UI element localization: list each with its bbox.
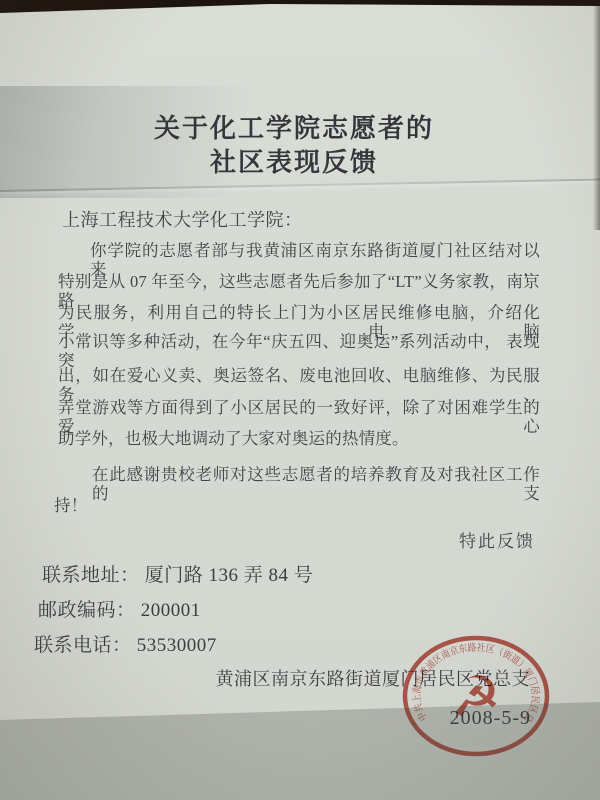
salutation-line: 上海工程技术大学化工学院： [62,210,303,231]
official-stamp: 中共上海市黄浦区南京东路社区（街道）厦门居民区总支部委员会 ☭ [398,633,554,759]
letter-title-line1: 关于化工学院志愿者的 [0,114,594,144]
contact-postcode-line: 邮政编码： 200001 [38,600,201,622]
body-line: 助学外，也极大地调动了大家对奥运的热情度。 [58,430,409,449]
contact-address-line: 联系地址： 厦门路 136 弄 84 号 [42,565,313,587]
hammer-sickle-icon: ☭ [451,665,501,730]
letter-photo: 关于化工学院志愿者的 社区表现反馈 上海工程技术大学化工学院： 你学院的志愿者部… [0,0,600,800]
contact-phone-line: 联系电话： 53530007 [34,635,217,657]
letter-title-line2: 社区表现反馈 [0,148,594,178]
body-line: 持！ [54,497,87,516]
closing-line: 特此反馈 [459,532,535,552]
body-line: 在此感谢贵校老师对这些志愿者的培养教育及对我社区工作的支 [92,466,540,504]
